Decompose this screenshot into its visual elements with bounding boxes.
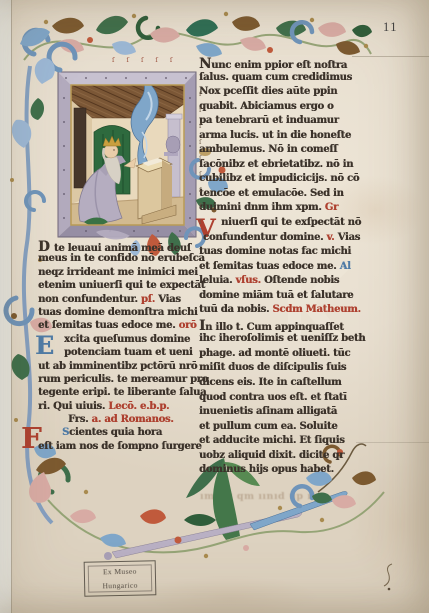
text-line: rum periculis. te mereamur pro <box>38 375 200 388</box>
text-segment: Gr <box>325 202 338 213</box>
text-segment: te leuaui animā meā deuſ <box>54 243 191 254</box>
text-line: inuenietis aſinam alligatā <box>199 407 367 422</box>
text-line: et pullum cum ea. Soluite <box>199 422 367 437</box>
text-segment: Al <box>340 261 351 272</box>
text-line: et ſemitas tuas edoce me. orō <box>38 321 200 334</box>
text-line: non confundentur. pſ. Vias <box>38 295 200 308</box>
stamp-line-1: Ex Museo <box>87 564 153 579</box>
text-segment: cubilibz et impudicicijs. nō cō <box>199 173 359 184</box>
text-segment: a. ad Romanos. <box>92 414 174 425</box>
text-line: Excita queſumus domine <box>38 335 200 348</box>
text-line: Nunc enim ppior eſt noſtra <box>199 58 367 73</box>
text-segment: cientes quia hora <box>69 427 162 438</box>
text-line: eſt iam nos de ſompno ſurgere <box>38 442 200 455</box>
text-segment: eſt iam nos de ſompno ſurgere <box>38 441 202 452</box>
top-border-decoration <box>20 12 372 60</box>
text-line: pa tenebrarū et induamur <box>199 116 367 131</box>
text-segment: tencōe et emulacōe. Sed in <box>199 188 344 199</box>
text-segment: domine miām tuā et ſalutare <box>199 290 353 301</box>
text-line: ambulemus. Nō in comeſſ <box>199 145 367 160</box>
text-line: ſalus. quam cum credidimus <box>199 73 367 88</box>
text-segment: rum periculis. te mereamur pro <box>38 374 208 385</box>
text-line: Frs. a. ad Romanos. <box>38 415 200 428</box>
faded-offset-text: ım uq qm ıınıd up ıb <box>200 491 364 502</box>
library-stamp: Ex Museo Hungarico <box>84 560 157 597</box>
text-line: D te leuaui animā meā deuſ <box>38 241 200 254</box>
text-line: leluia. vſus. Oſtende nobis <box>199 276 367 291</box>
text-line: Nox pceſſit dies aūte ppin <box>199 87 367 102</box>
text-line: arma lucis. ut in die honeſte <box>199 131 367 146</box>
text-segment: tuas domine notas fac michi <box>199 246 351 257</box>
text-line: etenim uniuerſi qui te expectāt <box>38 281 200 294</box>
text-segment: xcita queſumus domine <box>64 334 190 345</box>
stamp-line-2: Hungarico <box>87 578 153 593</box>
text-line: miſit duos de diſcipulis ſuis <box>199 363 367 378</box>
text-segment: Oſtende nobis <box>264 275 339 286</box>
text-line: quabit. Abiciamus ergo o <box>199 102 367 117</box>
text-segment: niuerſi qui te exſpectāt nō <box>221 217 361 228</box>
text-segment: Lecō. e.b.p. <box>108 401 169 412</box>
text-line: Vniuerſi qui te exſpectāt nō <box>199 218 367 233</box>
cue-marks-side: ſ ſ ſ ſ ſ ſ ſ ſ ſ <box>199 86 201 230</box>
text-line: domine miām tuā et ſalutare <box>199 291 367 306</box>
text-segment: ſacōnibz et ebrietatibz. nō in <box>199 159 353 170</box>
text-segment: inuenietis aſinam alligatā <box>199 406 337 417</box>
text-segment: meus in te confido nō erubeſcā <box>38 253 205 264</box>
text-segment: neqz irrideant me inimici mei <box>38 267 198 278</box>
text-segment: et adducite michi. Et ſiquis <box>199 435 345 446</box>
text-segment: etenim uniuerſi qui te expectāt <box>38 280 205 291</box>
text-segment: miſit duos de diſcipulis ſuis <box>199 362 346 373</box>
text-line: tuas domine demonſtra michi <box>38 308 200 321</box>
text-segment: pa tenebrarū et induamur <box>199 115 339 126</box>
text-line: meus in te confido nō erubeſcā <box>38 254 200 267</box>
text-line: uobz aliquid dixit. dicite qr <box>199 451 367 466</box>
text-line: tencōe et emulacōe. Sed in <box>199 189 367 204</box>
text-segment: et ſemitas tuas edoce me. <box>38 320 179 331</box>
folio-number: 11 <box>383 20 398 35</box>
text-line: ut ab imminentibz pctōrū nrō <box>38 362 200 375</box>
text-segment: uobz aliquid dixit. dicite qr <box>199 450 344 461</box>
text-line: et adducite michi. Et ſiquis <box>199 436 367 451</box>
text-segment: et ſemitas tuas edoce me. <box>199 261 340 272</box>
text-line: ri. Qui uiuis. Lecō. e.b.p. <box>38 402 200 415</box>
text-segment: dominus hijs opus habet. <box>199 464 334 475</box>
text-segment: quabit. Abiciamus ergo o <box>199 101 333 112</box>
text-segment: N <box>199 56 211 72</box>
text-line: et ſemitas tuas edoce me. Al <box>199 262 367 277</box>
text-segment: tuas domine demonſtra michi <box>38 307 197 318</box>
text-line: dicens eis. Ite in caſtellum <box>199 378 367 393</box>
text-segment: ihc iheroſolimis et ueniſſz beth <box>199 333 365 344</box>
ruling-line <box>352 56 429 57</box>
text-line: ihc iheroſolimis et ueniſſz beth <box>199 334 367 349</box>
text-line: In illo t. Cum appinquaſſet <box>199 320 367 335</box>
text-line: cubilibz et impudicicijs. nō cō <box>199 174 367 189</box>
text-segment: confundentur domine. <box>203 232 327 243</box>
text-segment: ambulemus. Nō in comeſſ <box>199 144 337 155</box>
text-segment: tuū da nobis. <box>199 304 272 315</box>
text-line: confundentur domine. v. Vias <box>199 233 367 248</box>
text-line: duimini dnm ihm xpm. Gr <box>199 203 367 218</box>
text-segment: duimini dnm ihm xpm. <box>199 202 325 213</box>
text-line: phage. ad montē oliueti. tūc <box>199 349 367 364</box>
text-segment: S <box>62 427 69 438</box>
text-segment: tegente eripi. te liberante ſalua <box>38 387 206 398</box>
text-segment: Nox pceſſit dies aūte ppin <box>199 86 337 97</box>
text-segment: phage. ad montē oliueti. tūc <box>199 348 350 359</box>
text-segment: potenciam tuam et ueni <box>64 347 192 358</box>
text-line: potenciam tuam et ueni <box>38 348 200 361</box>
text-line: FScientes quia hora <box>38 428 200 441</box>
text-segment: vſus. <box>235 275 263 286</box>
text-segment: ut ab imminentibz pctōrū nrō <box>38 361 197 372</box>
page-edge <box>0 0 12 613</box>
text-line: neqz irrideant me inimici mei <box>38 268 200 281</box>
text-line: tuū da nobis. Scdm Matheum. <box>199 305 367 320</box>
text-segment: Frs. <box>68 414 92 425</box>
text-line: tuas domine notas fac michi <box>199 247 367 262</box>
text-segment: ſalus. quam cum credidimus <box>199 72 352 83</box>
text-segment: Vias <box>158 294 181 305</box>
text-line: tegente eripi. te liberante ſalua <box>38 388 200 401</box>
manuscript-photo: 11 <box>0 0 429 613</box>
text-segment: n illo t. Cum appinquaſſet <box>205 322 344 333</box>
text-segment: quod contra uos eſt. et ſtatī <box>199 392 347 403</box>
text-segment: et pullum cum ea. Soluite <box>199 421 337 432</box>
text-line: dominus hijs opus habet. <box>199 465 367 480</box>
text-segment: orō <box>179 320 197 331</box>
text-line: quod contra uos eſt. et ſtatī <box>199 393 367 408</box>
text-segment: pſ. <box>141 294 158 305</box>
text-line: ſacōnibz et ebrietatibz. nō in <box>199 160 367 175</box>
text-segment: Scdm Matheum. <box>272 304 360 315</box>
text-segment: dicens eis. Ite in caſtellum <box>199 377 341 388</box>
text-segment: non confundentur. <box>38 294 141 305</box>
cue-marks-top: ſ ſ ſ ſ ſ <box>112 56 177 64</box>
parchment-stain <box>140 575 320 613</box>
text-segment: leluia. <box>199 275 235 286</box>
text-segment: ri. Qui uiuis. <box>38 401 108 412</box>
text-column-right: Nunc enim ppior eſt noſtraſalus. quam cu… <box>199 58 367 480</box>
text-segment: v. <box>327 232 338 243</box>
text-segment: arma lucis. ut in die honeſte <box>199 130 351 141</box>
text-segment: unc enim ppior eſt noſtra <box>211 60 347 71</box>
text-segment: Vias <box>338 232 361 243</box>
text-column-left: D te leuaui animā meā deuſmeus in te con… <box>38 241 200 455</box>
